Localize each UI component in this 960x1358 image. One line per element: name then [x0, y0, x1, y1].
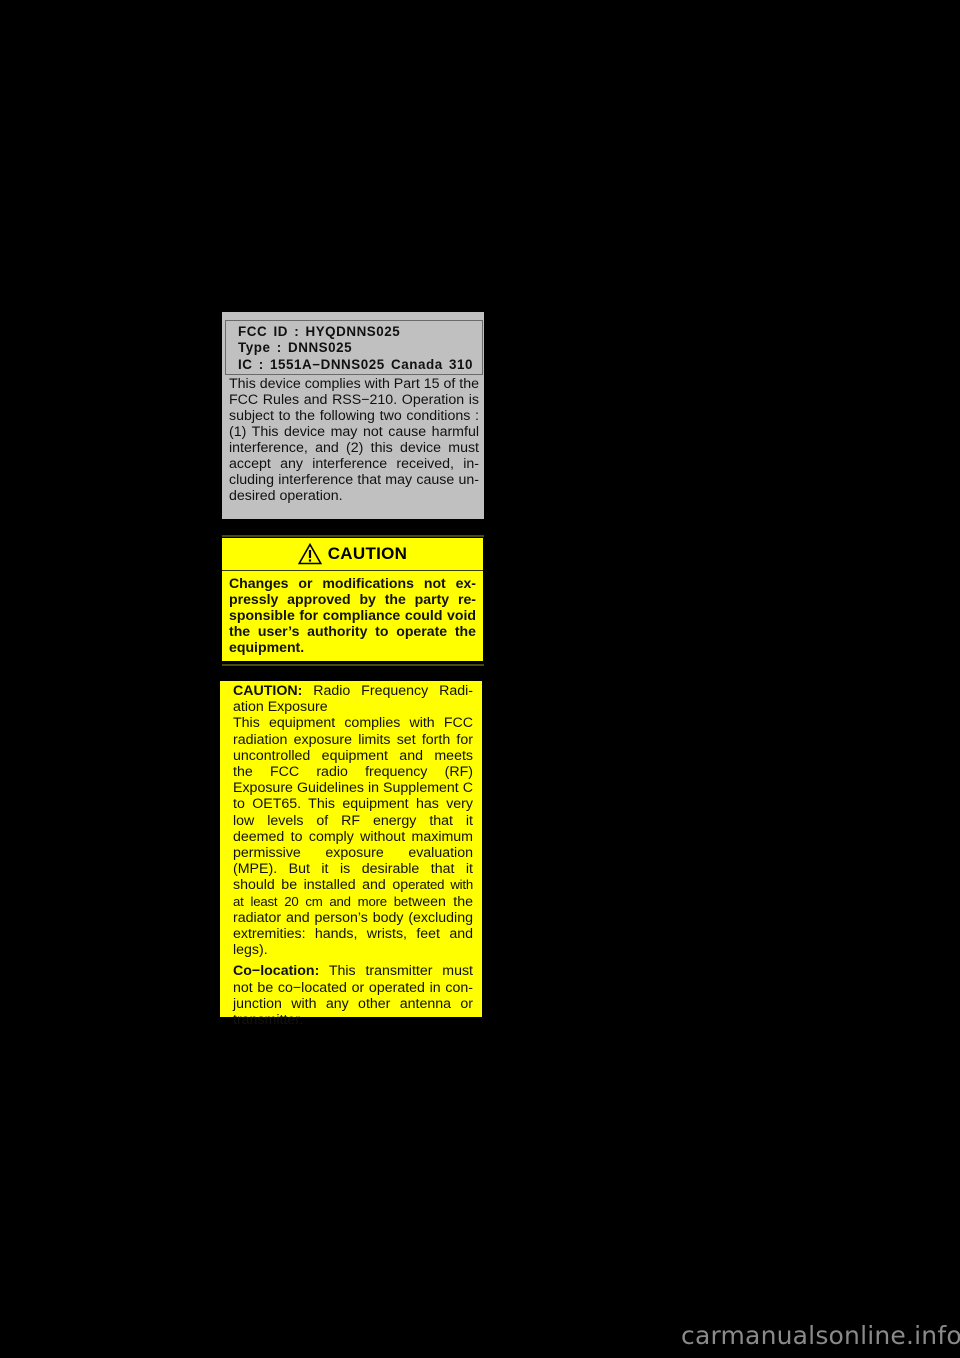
rf-caution-label: CAUTION: — [233, 683, 302, 699]
colocation-label: Co−location: — [233, 963, 319, 979]
caution-box: CAUTION Changes or modifications not ex­… — [222, 538, 483, 661]
rf-exposure-paragraph: CAUTION: Radio Frequency Radi­ation Expo… — [233, 683, 473, 958]
warning-triangle-icon — [298, 543, 322, 565]
ic-line: IC : 1551A−DNNS025 Canada 310 — [238, 357, 482, 373]
caution-bottom-rule — [222, 664, 484, 666]
watermark: carmanualsonline.info — [681, 1321, 960, 1350]
caution-body: Changes or modifications not ex­pressly … — [222, 571, 483, 655]
type-line: Type : DNNS025 — [238, 340, 482, 356]
fcc-id-line: FCC ID : HYQDNNS025 — [238, 324, 482, 340]
fcc-compliance-statement: This device complies with Part 15 of the… — [229, 376, 479, 504]
fcc-id-box: FCC ID : HYQDNNS025 Type : DNNS025 IC : … — [225, 320, 483, 375]
caution-top-rule — [222, 535, 484, 537]
caution-title: CAUTION — [328, 544, 408, 564]
rf-exposure-box: CAUTION: Radio Frequency Radi­ation Expo… — [220, 681, 482, 1017]
rf-body-text: This equipment complies with FCC radiati… — [233, 715, 473, 893]
colocation-paragraph: Co−location: This transmitter must not b… — [233, 963, 473, 1028]
fcc-label-panel: FCC ID : HYQDNNS025 Type : DNNS025 IC : … — [222, 312, 484, 519]
caution-header: CAUTION — [222, 538, 483, 571]
